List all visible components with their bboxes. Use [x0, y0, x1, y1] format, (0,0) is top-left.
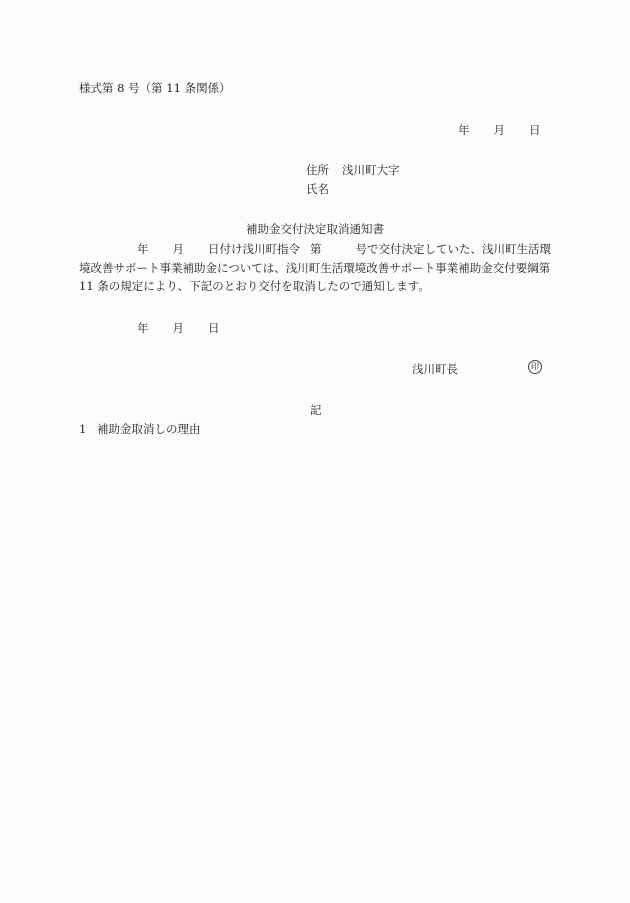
address-label: 住所 [306, 162, 342, 178]
header-date-month: 月 [494, 122, 506, 138]
recipient-name-label: 氏名 [306, 181, 329, 197]
body-year: 年 [137, 242, 149, 256]
form-number: 様式第 8 号（第 11 条関係） [79, 80, 231, 96]
header-date-day: 日 [529, 122, 541, 138]
item-number: 1 [79, 421, 97, 437]
body-paragraph: 年月日付け浅川町指令第号で交付決定していた、浅川町生活環 境改善サポート事業補助… [79, 240, 551, 296]
issue-date-year: 年 [137, 320, 149, 336]
document-title: 補助金交付決定取消通知書 [0, 221, 630, 237]
body-text-b: 号で交付決定していた、浅川町生活環 [356, 242, 552, 256]
body-line-3: 11 条の規定により、下記のとおり交付を取消したので通知します。 [79, 277, 551, 296]
ki-heading: 記 [310, 402, 322, 418]
list-item: 1補助金取消しの理由 [79, 421, 201, 437]
body-line-1: 年月日付け浅川町指令第号で交付決定していた、浅川町生活環 [79, 240, 551, 259]
issue-date-month: 月 [173, 320, 185, 336]
address-value: 浅川町大字 [342, 163, 400, 177]
body-dai: 第 [310, 242, 322, 256]
issue-date-day: 日 [208, 320, 220, 336]
recipient-address: 住所浅川町大字 [306, 162, 400, 178]
body-line-2: 境改善サポート事業補助金については、浅川町生活環境改善サポート事業補助金交付要綱… [79, 259, 551, 278]
issuer-title: 浅川町長 [412, 361, 458, 377]
issue-date: 年月日 [137, 320, 220, 336]
header-date-year: 年 [458, 122, 470, 138]
seal-icon: 印 [528, 360, 542, 374]
item-label: 補助金取消しの理由 [97, 422, 201, 436]
body-month: 月 [173, 242, 185, 256]
header-date: 年月日 [458, 122, 541, 138]
body-text-a: 日付け浅川町指令 [208, 242, 300, 256]
